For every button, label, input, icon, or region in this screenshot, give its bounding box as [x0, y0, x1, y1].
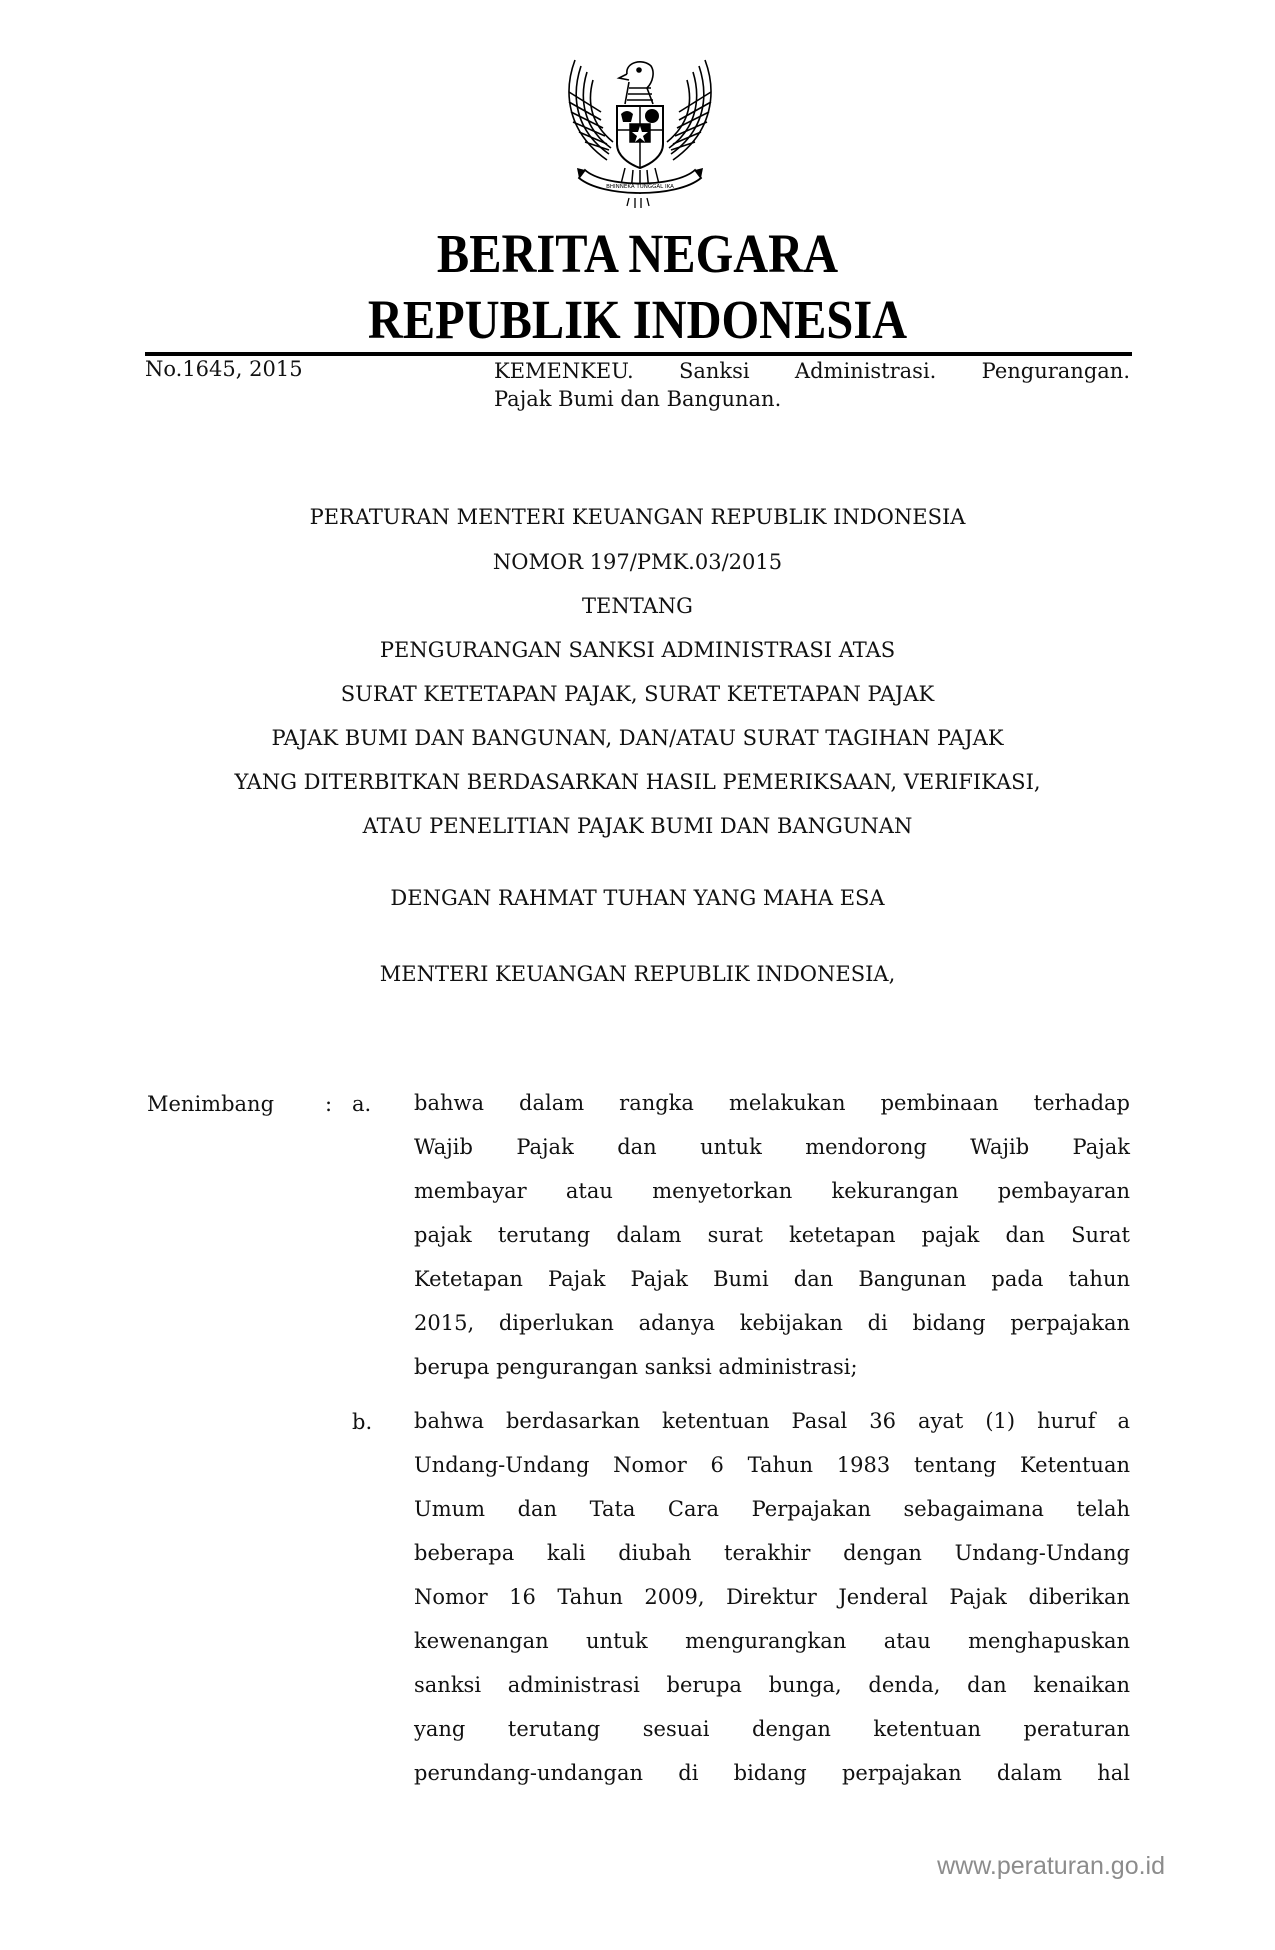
text-line: bahwa dalam rangka melakukan pembinaan t… [414, 1081, 1130, 1125]
subject-line-1: KEMENKEU. Sanksi Administrasi. Pengurang… [494, 357, 1130, 385]
item-marker-b: b. [352, 1410, 372, 1434]
regulation-number: NOMOR 197/PMK.03/2015 [145, 550, 1130, 574]
text-line: Ketetapan Pajak Pajak Bumi dan Bangunan … [414, 1257, 1130, 1301]
consideration-item-a: bahwa dalam rangka melakukan pembinaan t… [414, 1081, 1130, 1389]
text-line: Undang-Undang Nomor 6 Tahun 1983 tentang… [414, 1443, 1130, 1487]
invocation: DENGAN RAHMAT TUHAN YANG MAHA ESA [145, 886, 1130, 910]
text-line: pajak terutang dalam surat ketetapan paj… [414, 1213, 1130, 1257]
text-line: sanksi administrasi berupa bunga, denda,… [414, 1663, 1130, 1707]
text-line: Nomor 16 Tahun 2009, Direktur Jenderal P… [414, 1575, 1130, 1619]
text-line: Umum dan Tata Cara Perpajakan sebagaiman… [414, 1487, 1130, 1531]
regulation-subject-line: ATAU PENELITIAN PAJAK BUMI DAN BANGUNAN [145, 814, 1130, 838]
text-line: berupa pengurangan sanksi administrasi; [414, 1345, 1130, 1389]
regulation-subject-line: SURAT KETETAPAN PAJAK, SURAT KETETAPAN P… [145, 682, 1130, 706]
masthead-subtitle: REPUBLIK INDONESIA [204, 288, 1071, 351]
subject-line-2: Pajak Bumi dan Bangunan. [494, 385, 1130, 413]
svg-text:BHINNEKA TUNGGAL IKA: BHINNEKA TUNGGAL IKA [606, 184, 674, 190]
menimbang-label: Menimbang [147, 1092, 274, 1116]
menimbang-colon: : [325, 1092, 332, 1116]
text-line: kewenangan untuk mengurangkan atau mengh… [414, 1619, 1130, 1663]
consideration-item-b: bahwa berdasarkan ketentuan Pasal 36 aya… [414, 1399, 1130, 1795]
masthead-divider [145, 352, 1132, 356]
text-line: bahwa berdasarkan ketentuan Pasal 36 aya… [414, 1399, 1130, 1443]
regulation-title-line: PERATURAN MENTERI KEUANGAN REPUBLIK INDO… [145, 505, 1130, 529]
text-line: membayar atau menyetorkan kekurangan pem… [414, 1169, 1130, 1213]
item-marker-a: a. [352, 1092, 371, 1116]
regulation-subject-line: YANG DITERBITKAN BERDASARKAN HASIL PEMER… [145, 770, 1130, 794]
regulation-subject-line: PAJAK BUMI DAN BANGUNAN, DAN/ATAU SURAT … [145, 726, 1130, 750]
text-line: beberapa kali diubah terakhir dengan Und… [414, 1531, 1130, 1575]
text-line: Wajib Pajak dan untuk mendorong Wajib Pa… [414, 1125, 1130, 1169]
regulation-subject-line: PENGURANGAN SANKSI ADMINISTRASI ATAS [145, 638, 1130, 662]
garuda-emblem-icon: BHINNEKA TUNGGAL IKA [555, 52, 725, 212]
text-line: 2015, diperlukan adanya kebijakan di bid… [414, 1301, 1130, 1345]
source-url-watermark: www.peraturan.go.id [937, 1852, 1165, 1881]
masthead-title: BERITA NEGARA [204, 222, 1071, 285]
text-line: perundang-undangan di bidang perpajakan … [414, 1751, 1130, 1795]
text-line: yang terutang sesuai dengan ketentuan pe… [414, 1707, 1130, 1751]
gazette-number: No.1645, 2015 [145, 357, 303, 381]
regulation-tentang: TENTANG [145, 594, 1130, 618]
issuer: MENTERI KEUANGAN REPUBLIK INDONESIA, [145, 962, 1130, 986]
gazette-subject: KEMENKEU. Sanksi Administrasi. Pengurang… [494, 357, 1130, 413]
